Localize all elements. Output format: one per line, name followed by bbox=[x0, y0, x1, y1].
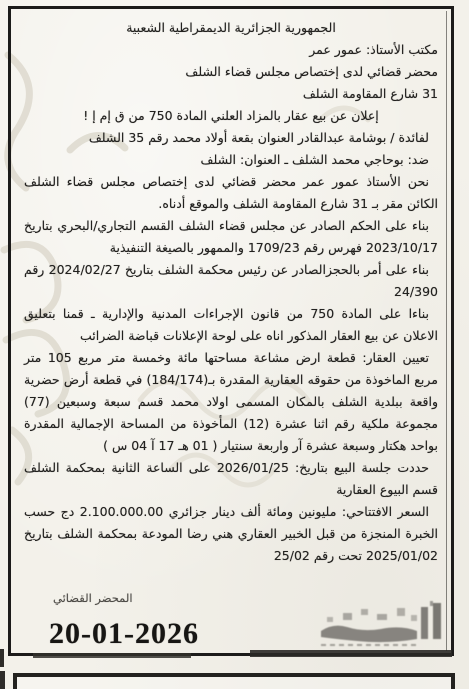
notice-headline: إعلان عن بيع عقار بالمزاد العلني المادة … bbox=[24, 105, 438, 127]
bailiff-title-line: محضر قضائي لدى إختصاص مجلس قضاء الشلف bbox=[24, 61, 438, 83]
newspaper-masthead-stamp-icon bbox=[315, 601, 447, 649]
scanned-document-page: الجمهورية الجزائرية الديمقراطية الشعبية … bbox=[0, 0, 469, 689]
judgment-paragraph: بناء على الحكم الصادر عن مجلس قضاء الشلف… bbox=[24, 215, 438, 259]
article-750-paragraph: بناءا على المادة 750 من قانون الإجراءات … bbox=[24, 303, 438, 347]
seizure-order-paragraph: بناء على أمر بالحجزالصادر عن رئيس محكمة … bbox=[24, 259, 438, 303]
scan-border-artifact-left bbox=[33, 653, 191, 658]
office-line: مكتب الأستاذ: عمور عمر bbox=[24, 39, 438, 61]
next-notice-box-edge bbox=[13, 673, 455, 689]
publication-date-stamp: 20-01-2026 bbox=[49, 617, 199, 651]
sale-session-paragraph: حددت جلسة البيع بتاريخ: 2026/01/25 على ا… bbox=[24, 457, 438, 501]
bailiff-signature-title: المحضر القضائي bbox=[53, 591, 133, 605]
auction-notice-box: الجمهورية الجزائرية الديمقراطية الشعبية … bbox=[8, 6, 454, 656]
beneficiary-line: لفائدة / بوشامة عبدالقادر العنوان بقعة أ… bbox=[24, 127, 438, 149]
page-edge-artifact bbox=[0, 671, 5, 689]
bailiff-intro-paragraph: نحن الأستاذ عمور عمر محضر قضائي لدى إختص… bbox=[24, 171, 438, 215]
republic-header: الجمهورية الجزائرية الديمقراطية الشعبية bbox=[24, 17, 438, 39]
opening-price-paragraph: السعر الافتتاحي: مليونين ومائة ألف دينار… bbox=[24, 501, 438, 567]
property-designation-paragraph: تعيين العقار: قطعة ارض مشاعة مساحتها مائ… bbox=[24, 347, 438, 457]
page-edge-artifact bbox=[0, 649, 4, 667]
scan-border-artifact-right bbox=[250, 650, 452, 657]
office-address-line: 31 شارع المقاومة الشلف bbox=[24, 83, 438, 105]
defendant-line: ضد: بوحاجي محمد الشلف ـ العنوان: الشلف bbox=[24, 149, 438, 171]
